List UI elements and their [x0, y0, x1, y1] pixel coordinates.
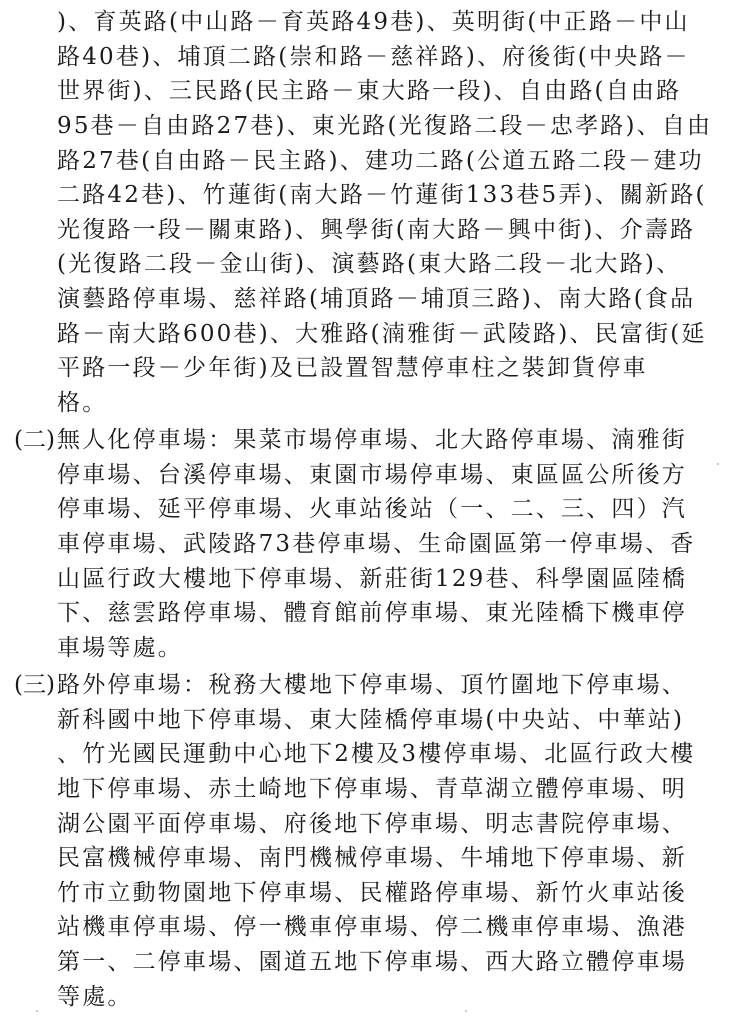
- text-line: 路27巷(自由路－民主路)、建功二路(公道五路二段－建功: [57, 146, 704, 176]
- text-line: 平路一段－少年街)及已設置智慧停車柱之裝卸貨停車: [57, 353, 648, 383]
- text-line: 格。: [57, 388, 107, 418]
- document-page: )、育英路(中山路－育英路49巷)、英明街(中正路－中山 路40巷)、埔頂二路(…: [0, 0, 746, 1024]
- text-line: 站機車停車場、停一機車停車場、停二機車停車場、漁港: [57, 912, 687, 942]
- text-line: 無人化停車場：果菜市場停車場、北大路停車場、湳雅街: [57, 425, 687, 455]
- scan-speck: [465, 1010, 467, 1012]
- text-line: 95巷－自由路27巷)、東光路(光復路二段－忠孝路)、自由: [57, 111, 712, 141]
- text-line: 湖公園平面停車場、府後地下停車場、明志書院停車場、: [57, 809, 687, 839]
- text-line: 停車場、台溪停車場、東園市場停車場、東區區公所後方: [57, 460, 687, 490]
- text-line: 路外停車場：稅務大樓地下停車場、頂竹圍地下停車場、: [57, 670, 687, 700]
- text-line: 新科國中地下停車場、東大陸橋停車場(中央站、中華站): [57, 705, 684, 735]
- text-line: 下、慈雲路停車場、體育館前停車場、東光陸橋下機車停: [57, 598, 687, 628]
- text-line: 車停車場、武陵路73巷停車場、生命園區第一停車場、香: [57, 529, 695, 559]
- scan-speck: [717, 463, 719, 465]
- text-line: 停車場、延平停車場、火車站後站（一、二、三、四）汽: [57, 494, 687, 524]
- text-line: 光復路一段－關東路)、興學街(南大路－興中街)、介壽路: [57, 215, 695, 245]
- text-line: 二路42巷)、竹蓮街(南大路－竹蓮街133巷5弄)、關新路(: [57, 180, 707, 210]
- text-line: 地下停車場、赤土崎地下停車場、青草湖立體停車場、明: [57, 774, 687, 804]
- text-line: 世界街)、三民路(民主路－東大路一段)、自由路(自由路: [57, 76, 681, 106]
- section-marker: (三): [14, 670, 55, 700]
- text-line: (光復路二段－金山街)、演藝路(東大路二段－北大路)、: [57, 249, 681, 279]
- text-line: 路40巷)、埔頂二路(崇和路－慈祥路)、府後街(中央路－: [57, 42, 690, 72]
- text-line: 、竹光國民運動中心地下2樓及3樓停車場、北區行政大樓: [57, 739, 695, 769]
- text-line: 山區行政大樓地下停車場、新莊街129巷、科學園區陸橋: [57, 564, 687, 594]
- text-line: 民富機械停車場、南門機械停車場、牛埔地下停車場、新: [57, 843, 687, 873]
- text-line: 路－南大路600巷)、大雅路(湳雅街－武陵路)、民富街(延: [57, 319, 707, 349]
- text-line: 車場等處。: [57, 633, 183, 663]
- text-line: 等處。: [57, 982, 133, 1012]
- text-line: 第一、二停車場、園道五地下停車場、西大路立體停車場: [57, 947, 687, 977]
- scan-speck: [36, 1010, 38, 1012]
- section-marker: (二): [14, 425, 55, 455]
- text-line: )、育英路(中山路－育英路49巷)、英明街(中正路－中山: [57, 7, 690, 37]
- text-line: 竹市立動物園地下停車場、民權路停車場、新竹火車站後: [57, 878, 687, 908]
- text-line: 演藝路停車場、慈祥路(埔頂路－埔頂三路)、南大路(食品: [57, 284, 695, 314]
